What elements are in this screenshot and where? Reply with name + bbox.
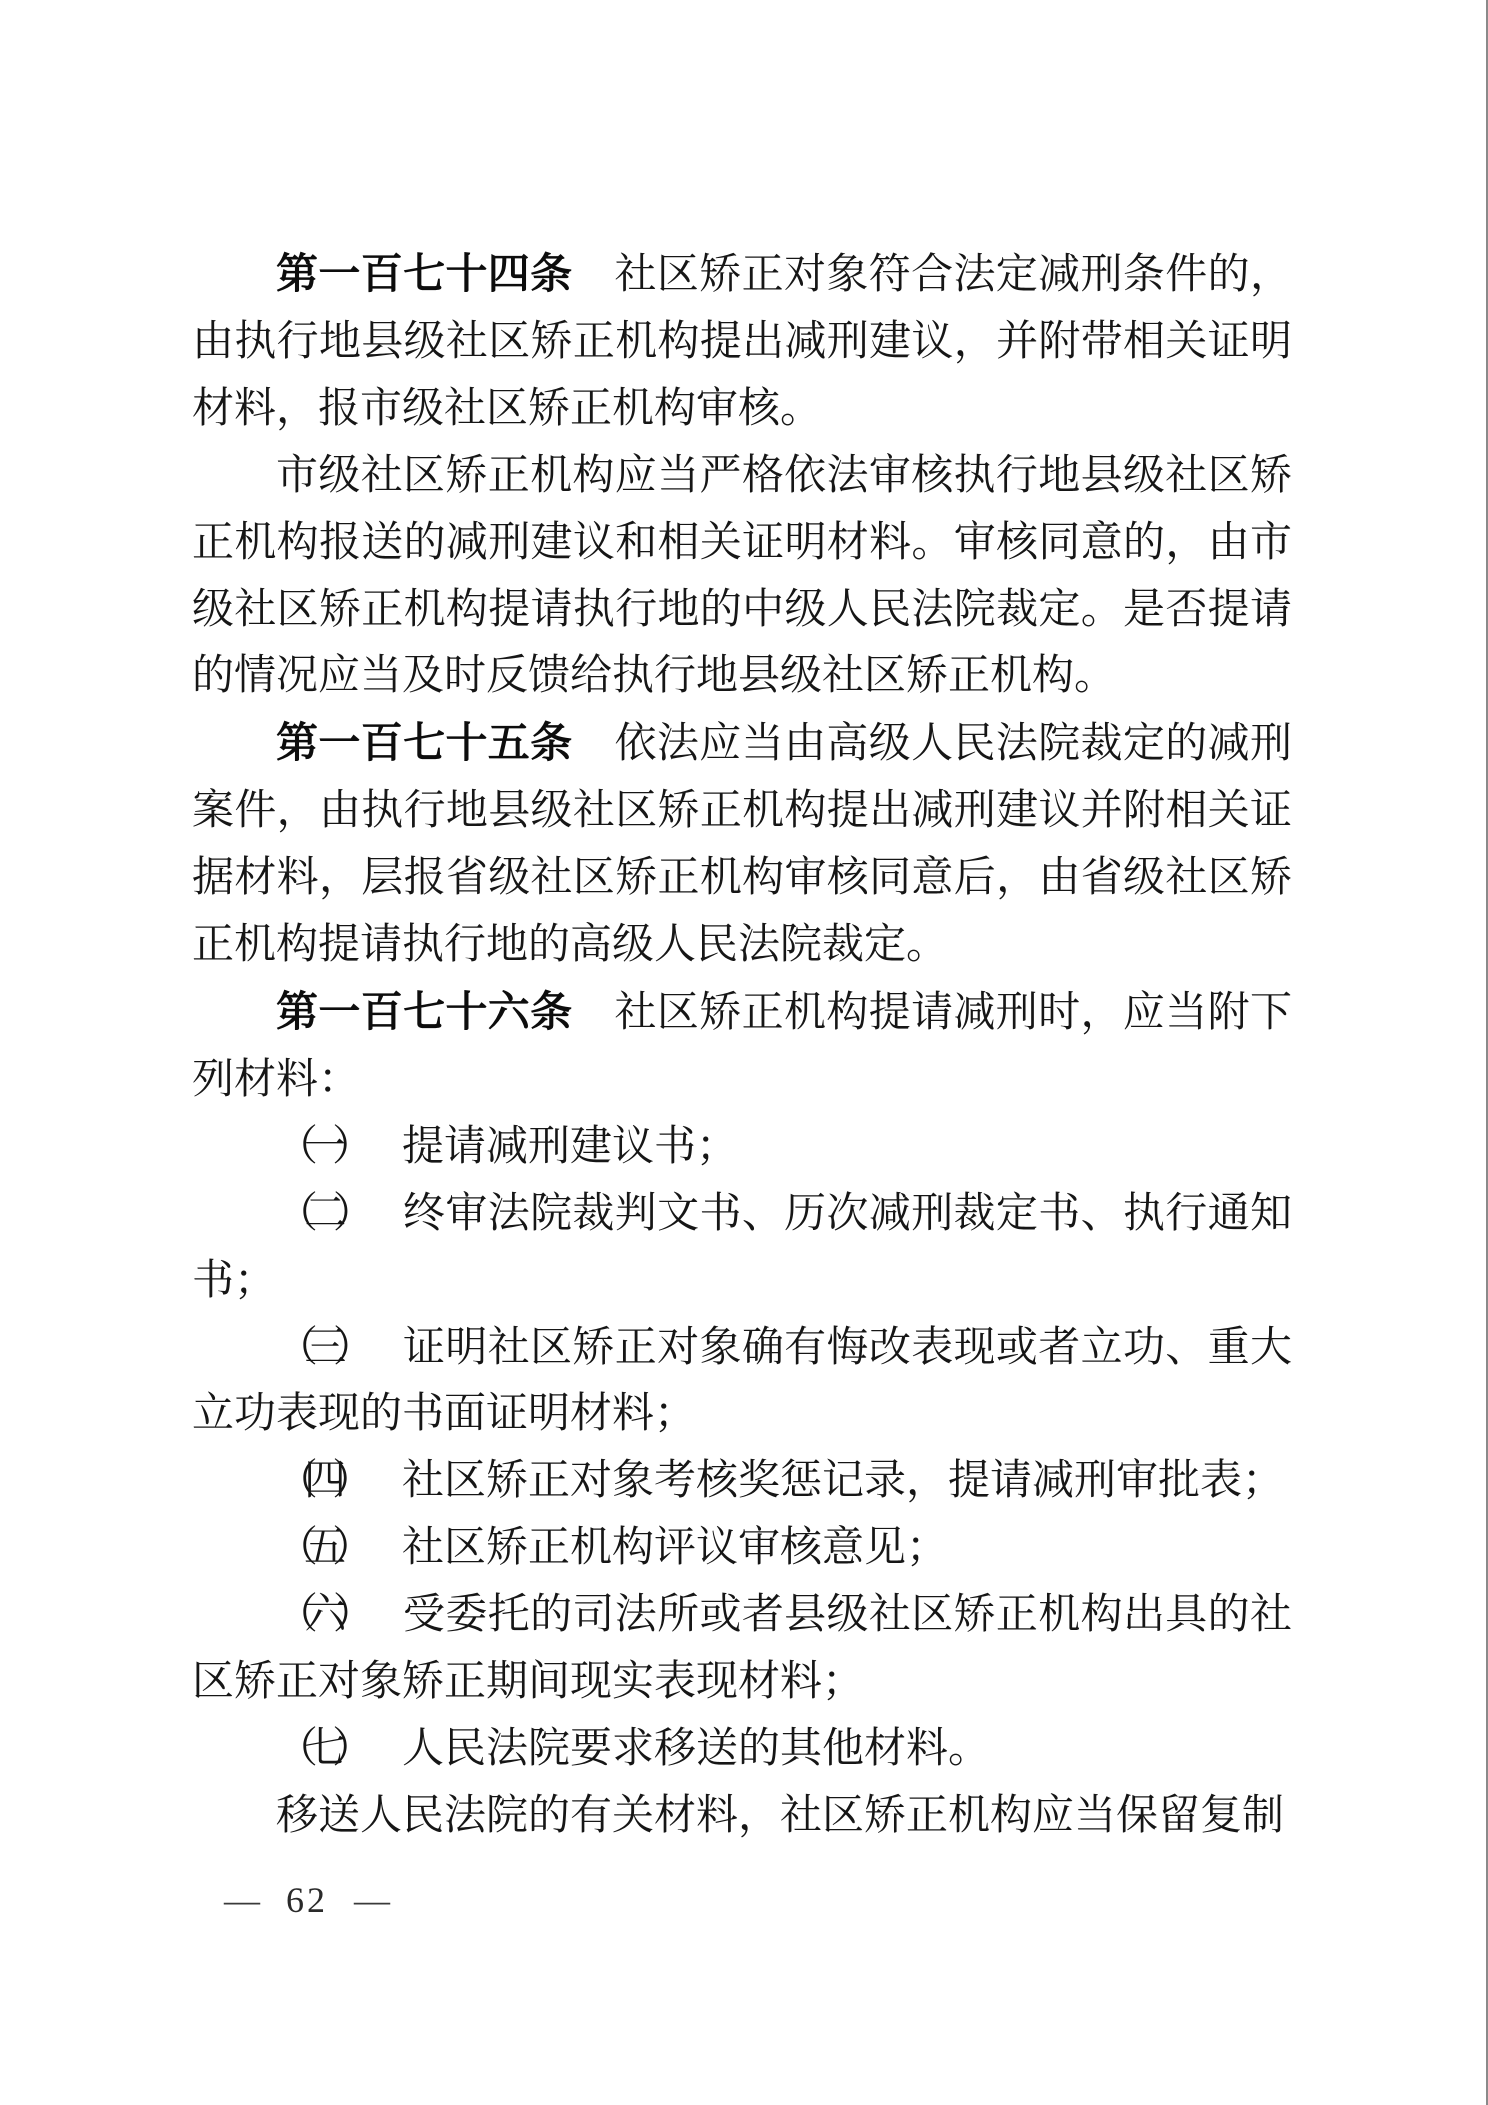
list-item-paragraph: （五）社区矫正机构评议审核意见；	[192, 1515, 1292, 1582]
item-marker: （四）	[276, 1458, 360, 1504]
paragraph-text: 市级社区矫正机构应当严格依法审核执行地县级社区矫正机构报送的减刑建议和相关证明材…	[192, 453, 1292, 700]
list-item-paragraph: （二）终审法院裁判文书、历次减刑裁定书、执行通知书；	[192, 1181, 1292, 1315]
footer-right-dash: —	[354, 1876, 390, 1924]
document-page: 第一百七十四条社区矫正对象符合法定减刑条件的，由执行地县级社区矫正机构提出减刑建…	[0, 0, 1488, 2105]
list-item-paragraph: （一）提请减刑建议书；	[192, 1114, 1292, 1181]
list-item-paragraph: （三）证明社区矫正对象确有悔改表现或者立功、重大立功表现的书面证明材料；	[192, 1315, 1292, 1449]
paragraph-article: 第一百七十六条社区矫正机构提请减刑时，应当附下列材料：	[192, 979, 1292, 1114]
article-number-heading: 第一百七十六条	[276, 988, 573, 1035]
paragraph-text: 提请减刑建议书；	[402, 1124, 738, 1170]
article-number-heading: 第一百七十四条	[276, 250, 573, 297]
list-item-paragraph: （四）社区矫正对象考核奖惩记录，提请减刑审批表；	[192, 1448, 1292, 1515]
page-footer: —62—	[224, 1876, 390, 1924]
item-marker: （二）	[276, 1191, 361, 1237]
item-marker: （一）	[276, 1124, 360, 1170]
paragraph: 市级社区矫正机构应当严格依法审核执行地县级社区矫正机构报送的减刑建议和相关证明材…	[192, 443, 1292, 711]
item-marker: （五）	[276, 1525, 360, 1571]
paragraph-text: 社区矫正对象考核奖惩记录，提请减刑审批表；	[402, 1458, 1284, 1504]
paragraph-text: 移送人民法院的有关材料，社区矫正机构应当保留复制	[276, 1793, 1284, 1839]
paragraph-text: 社区矫正机构评议审核意见；	[402, 1525, 948, 1571]
item-marker: （六）	[276, 1592, 361, 1638]
article-number-heading: 第一百七十五条	[276, 719, 573, 766]
paragraph: 移送人民法院的有关材料，社区矫正机构应当保留复制	[192, 1783, 1292, 1850]
paragraph-text: 人民法院要求移送的其他材料。	[402, 1726, 990, 1772]
list-item-paragraph: （七）人民法院要求移送的其他材料。	[192, 1716, 1292, 1783]
item-marker: （七）	[276, 1726, 360, 1772]
item-marker: （三）	[276, 1325, 361, 1371]
footer-left-dash: —	[224, 1876, 260, 1924]
paragraph-article: 第一百七十四条社区矫正对象符合法定减刑条件的，由执行地县级社区矫正机构提出减刑建…	[192, 241, 1292, 443]
page-number: 62	[286, 1876, 328, 1924]
paragraph-article: 第一百七十五条依法应当由高级人民法院裁定的减刑案件，由执行地县级社区矫正机构提出…	[192, 710, 1292, 979]
document-body: 第一百七十四条社区矫正对象符合法定减刑条件的，由执行地县级社区矫正机构提出减刑建…	[192, 241, 1292, 1850]
list-item-paragraph: （六）受委托的司法所或者县级社区矫正机构出具的社区矫正对象矫正期间现实表现材料；	[192, 1582, 1292, 1716]
